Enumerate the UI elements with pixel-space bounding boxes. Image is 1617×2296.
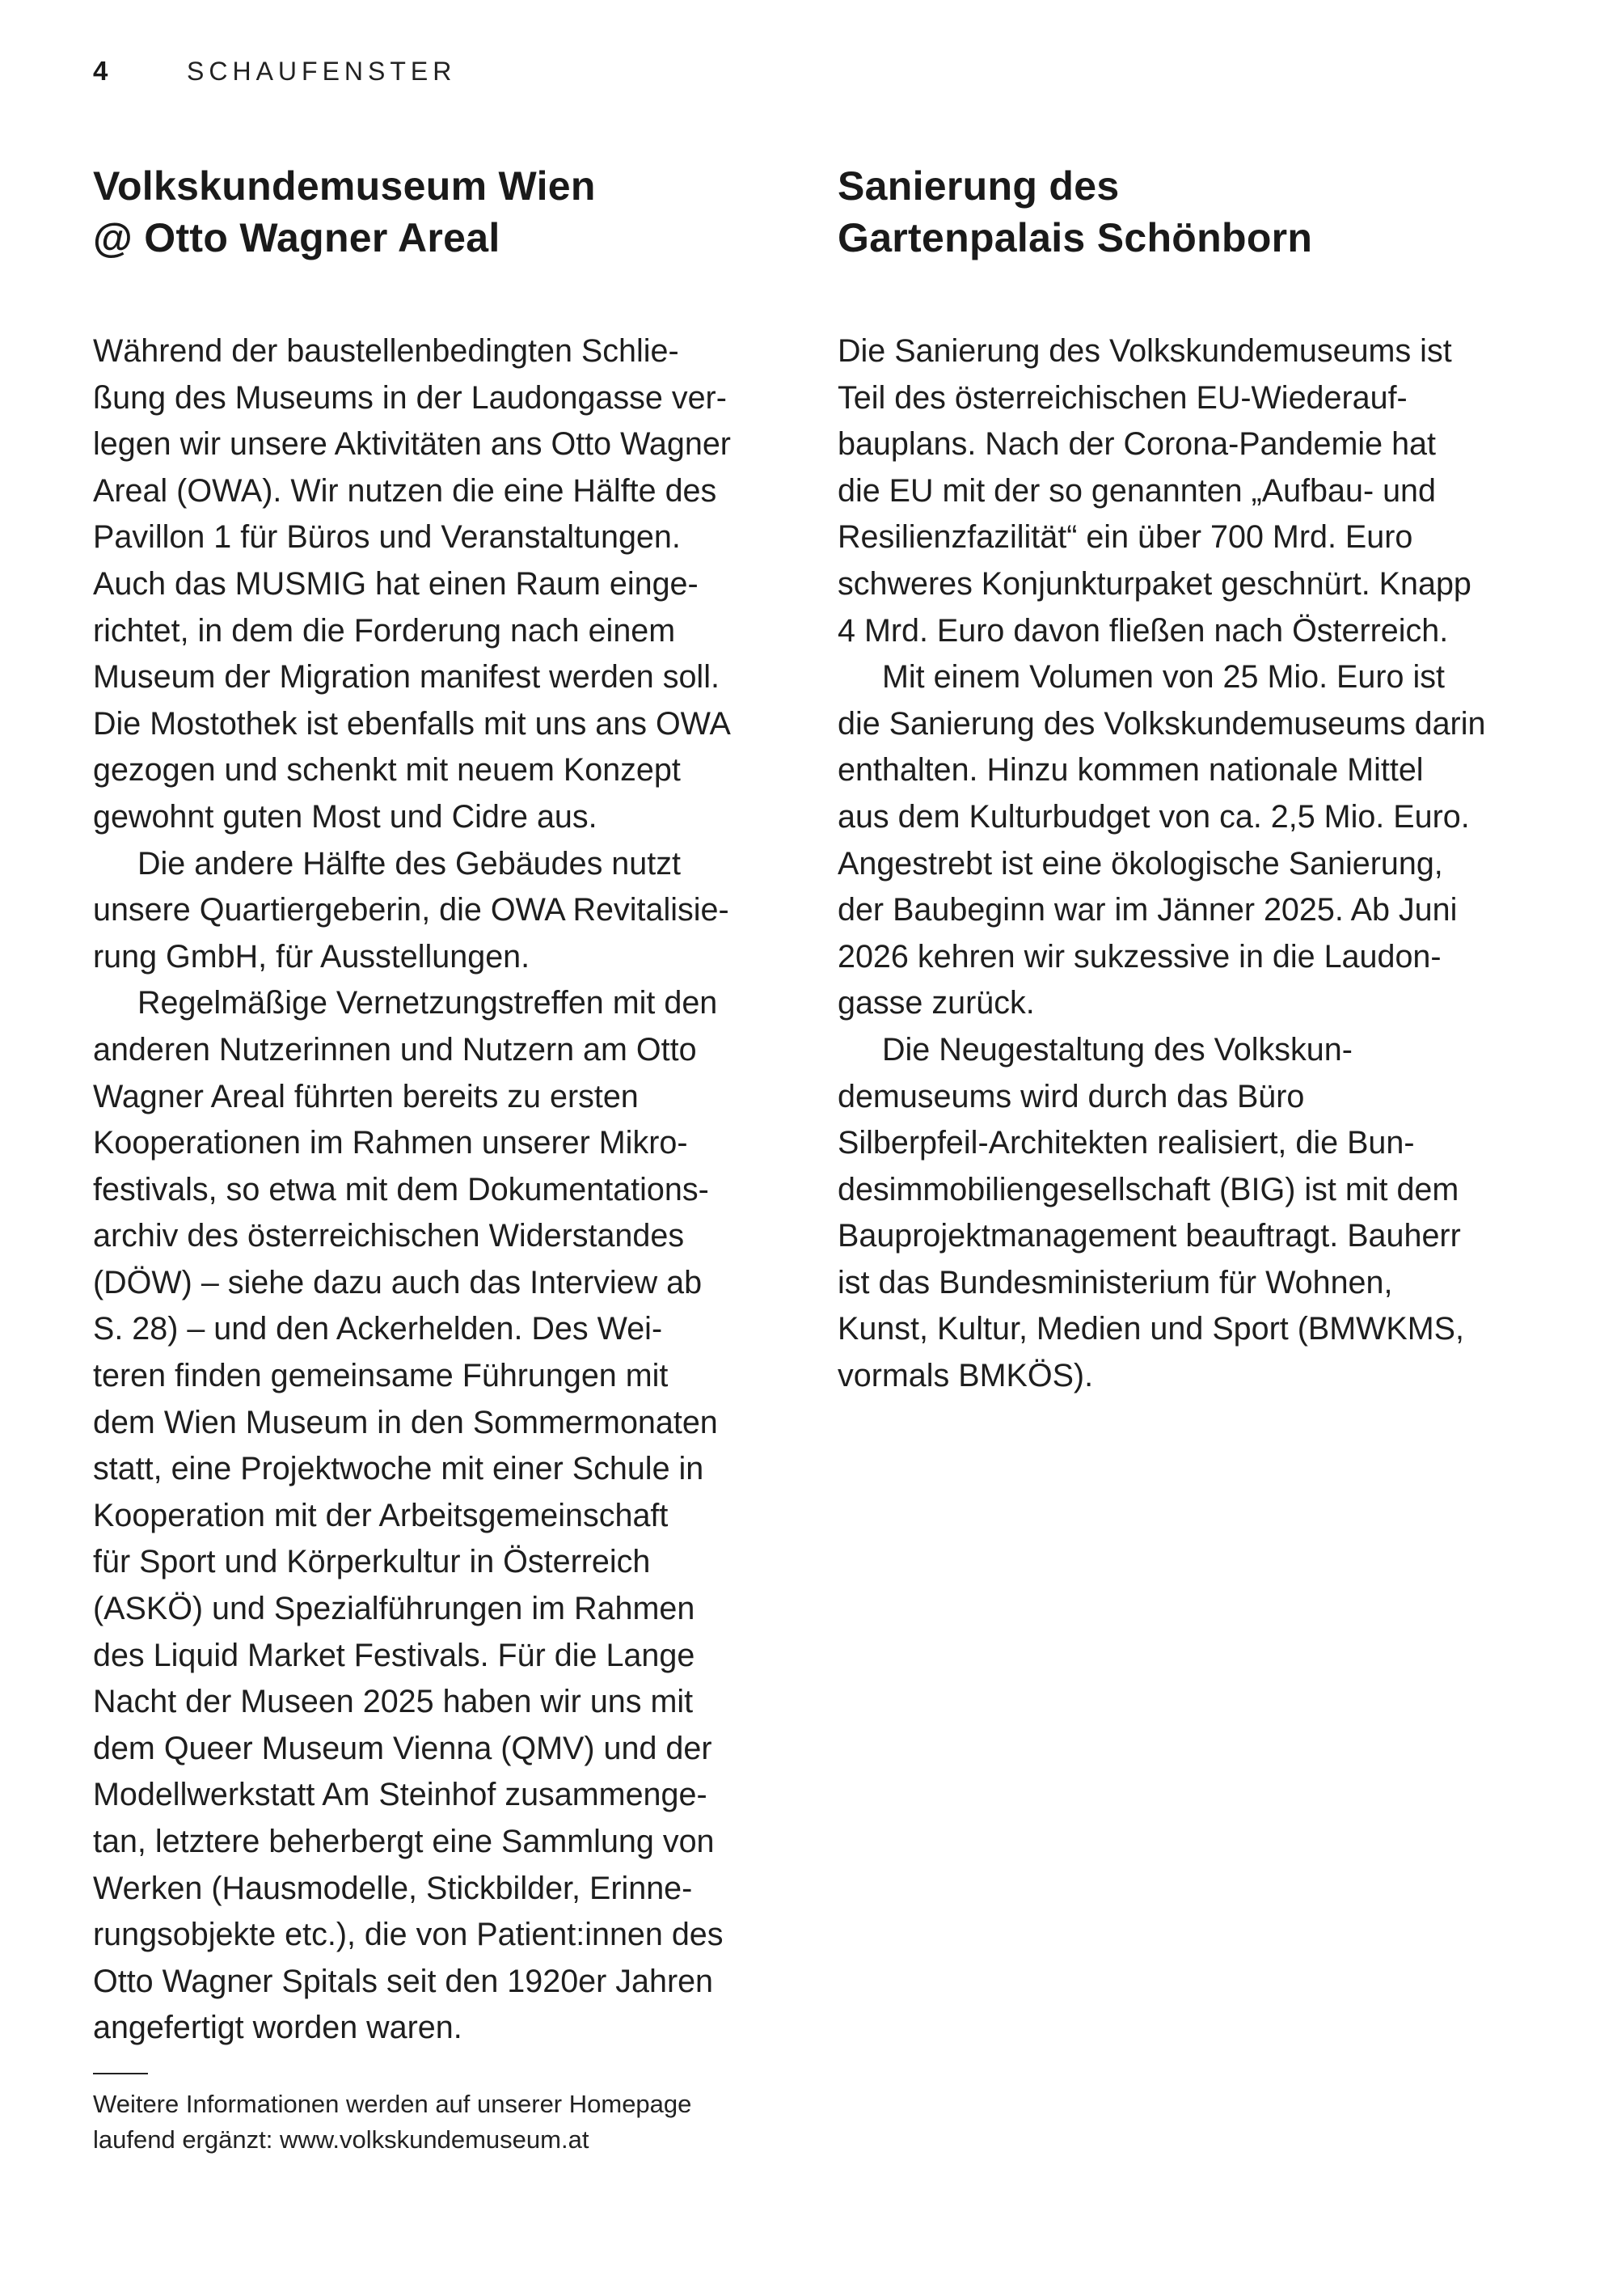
text-line: Museum der Migration manifest werden sol… [93,654,731,701]
text-line: demuseums wird durch das Büro [838,1074,1485,1121]
footnote-divider [93,2073,148,2074]
text-line: Angestrebt ist eine ökologische Sanierun… [838,841,1485,888]
text-line: Modellwerkstatt Am Steinhof zusammenge- [93,1772,731,1819]
text-line: desimmobiliengesellschaft (BIG) ist mit … [838,1167,1485,1214]
left-article-heading: Volkskundemuseum Wien @ Otto Wagner Area… [93,160,596,264]
right-article-heading: Sanierung des Gartenpalais Schönborn [838,160,1312,264]
text-line: der Baubeginn war im Jänner 2025. Ab Jun… [838,887,1485,934]
text-line: Otto Wagner Spitals seit den 1920er Jahr… [93,1959,731,2006]
footnote-line: laufend ergänzt: www.volkskundemuseum.at [93,2122,691,2158]
text-line: Die Neugestaltung des Volkskun- [838,1027,1485,1074]
heading-line: Sanierung des [838,160,1312,212]
text-line: gasse zurück. [838,980,1485,1027]
text-line: bauplans. Nach der Corona-Pandemie hat [838,421,1485,468]
page-number: 4 [93,56,187,87]
text-line: die Sanierung des Volkskundemuseums dari… [838,701,1485,748]
text-line: Nacht der Museen 2025 haben wir uns mit [93,1679,731,1726]
text-line: aus dem Kulturbudget von ca. 2,5 Mio. Eu… [838,794,1485,841]
text-line: des Liquid Market Festivals. Für die Lan… [93,1633,731,1680]
text-line: gezogen und schenkt mit neuem Konzept [93,747,731,794]
text-line: gewohnt guten Most und Cidre aus. [93,794,731,841]
text-line: Während der baustellenbedingten Schlie- [93,328,731,375]
text-line: rungsobjekte etc.), die von Patient:inne… [93,1912,731,1959]
heading-line: Gartenpalais Schönborn [838,212,1312,264]
text-line: Kooperationen im Rahmen unserer Mikro- [93,1120,731,1167]
text-line: Die andere Hälfte des Gebäudes nutzt [93,841,731,888]
text-line: S. 28) – und den Ackerhelden. Des Wei- [93,1306,731,1353]
text-line: Kooperation mit der Arbeitsgemeinschaft [93,1493,731,1540]
text-line: für Sport und Körperkultur in Österreich [93,1539,731,1586]
text-line: Die Sanierung des Volkskundemuseums ist [838,328,1485,375]
text-line: ist das Bundesministerium für Wohnen, [838,1260,1485,1307]
text-line: unsere Quartiergeberin, die OWA Revitali… [93,887,731,934]
text-line: Werken (Hausmodelle, Stickbilder, Erinne… [93,1866,731,1913]
running-header: 4 SCHAUFENSTER [93,55,456,87]
text-line: Silberpfeil-Architekten realisiert, die … [838,1120,1485,1167]
text-line: ßung des Museums in der Laudongasse ver- [93,375,731,422]
text-line: 2026 kehren wir sukzessive in die Laudon… [838,934,1485,981]
right-article-body: Die Sanierung des Volkskundemuseums ist … [838,328,1485,1400]
text-line: Wagner Areal führten bereits zu ersten [93,1074,731,1121]
text-line: Teil des österreichischen EU-Wiederauf- [838,375,1485,422]
text-line: die EU mit der so genannten „Aufbau- und [838,468,1485,515]
left-article-body: Während der baustellenbedingten Schlie- … [93,328,731,2052]
text-line: Areal (OWA). Wir nutzen die eine Hälfte … [93,468,731,515]
heading-line: Volkskundemuseum Wien [93,160,596,212]
text-line: Pavillon 1 für Büros und Veranstaltungen… [93,514,731,561]
text-line: Auch das MUSMIG hat einen Raum einge- [93,561,731,608]
footnote-line: Weitere Informationen werden auf unserer… [93,2087,691,2122]
text-line: enthalten. Hinzu kommen nationale Mittel [838,747,1485,794]
text-line: vormals BMKÖS). [838,1353,1485,1400]
text-line: rung GmbH, für Ausstellungen. [93,934,731,981]
section-title: SCHAUFENSTER [187,57,456,87]
heading-line: @ Otto Wagner Areal [93,212,596,264]
text-line: statt, eine Projektwoche mit einer Schul… [93,1446,731,1493]
text-line: 4 Mrd. Euro davon fließen nach Österreic… [838,608,1485,655]
text-line: Kunst, Kultur, Medien und Sport (BMWKMS, [838,1306,1485,1353]
text-line: legen wir unsere Aktivitäten ans Otto Wa… [93,421,731,468]
text-line: (ASKÖ) und Spezialführungen im Rahmen [93,1586,731,1633]
text-line: archiv des österreichischen Widerstandes [93,1213,731,1260]
text-line: festivals, so etwa mit dem Dokumentation… [93,1167,731,1214]
text-line: Die Mostothek ist ebenfalls mit uns ans … [93,701,731,748]
text-line: angefertigt worden waren. [93,2005,731,2052]
text-line: Regelmäßige Vernetzungstreffen mit den [93,980,731,1027]
text-line: tan, letztere beherbergt eine Sammlung v… [93,1819,731,1866]
footnote: Weitere Informationen werden auf unserer… [93,2087,691,2158]
text-line: richtet, in dem die Forderung nach einem [93,608,731,655]
text-line: schweres Konjunkturpaket geschnürt. Knap… [838,561,1485,608]
text-line: Bauprojektmanagement beauftragt. Bauherr [838,1213,1485,1260]
text-line: (DÖW) – siehe dazu auch das Interview ab [93,1260,731,1307]
text-line: teren finden gemeinsame Führungen mit [93,1353,731,1400]
text-line: anderen Nutzerinnen und Nutzern am Otto [93,1027,731,1074]
text-line: Mit einem Volumen von 25 Mio. Euro ist [838,654,1485,701]
text-line: Resilienzfazilität“ ein über 700 Mrd. Eu… [838,514,1485,561]
text-line: dem Wien Museum in den Sommermonaten [93,1400,731,1447]
text-line: dem Queer Museum Vienna (QMV) und der [93,1726,731,1773]
